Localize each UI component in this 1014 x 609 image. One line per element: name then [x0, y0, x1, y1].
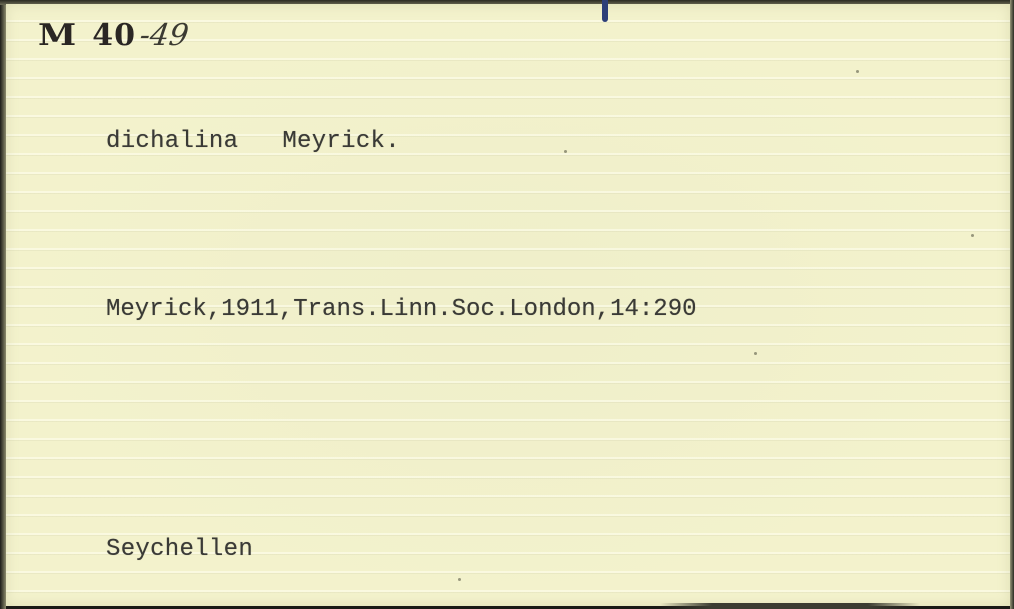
card-bottom-shadow [660, 603, 920, 609]
tab-marker [602, 0, 608, 22]
paper-speck [754, 352, 757, 355]
card-right-edge [1010, 0, 1014, 609]
paper-speck [971, 234, 974, 237]
catalog-id: M 40 -49 [38, 18, 188, 53]
species-line: dichalinaMeyrick. [106, 128, 400, 155]
paper-speck [856, 70, 859, 73]
species-author: Meyrick. [282, 128, 400, 155]
catalog-handwritten-suffix: -49 [138, 18, 191, 53]
paper-speck [458, 578, 461, 581]
locality: Seychellen [106, 536, 253, 563]
catalog-series: M [38, 18, 75, 53]
catalog-number: 40 [92, 18, 136, 53]
species-epithet: dichalina [106, 128, 238, 155]
literature-reference: Meyrick,1911,Trans.Linn.Soc.London,14:29… [106, 296, 697, 323]
index-card: M 40 -49 dichalinaMeyrick. Meyrick,1911,… [6, 4, 1010, 606]
paper-speck [564, 150, 567, 153]
